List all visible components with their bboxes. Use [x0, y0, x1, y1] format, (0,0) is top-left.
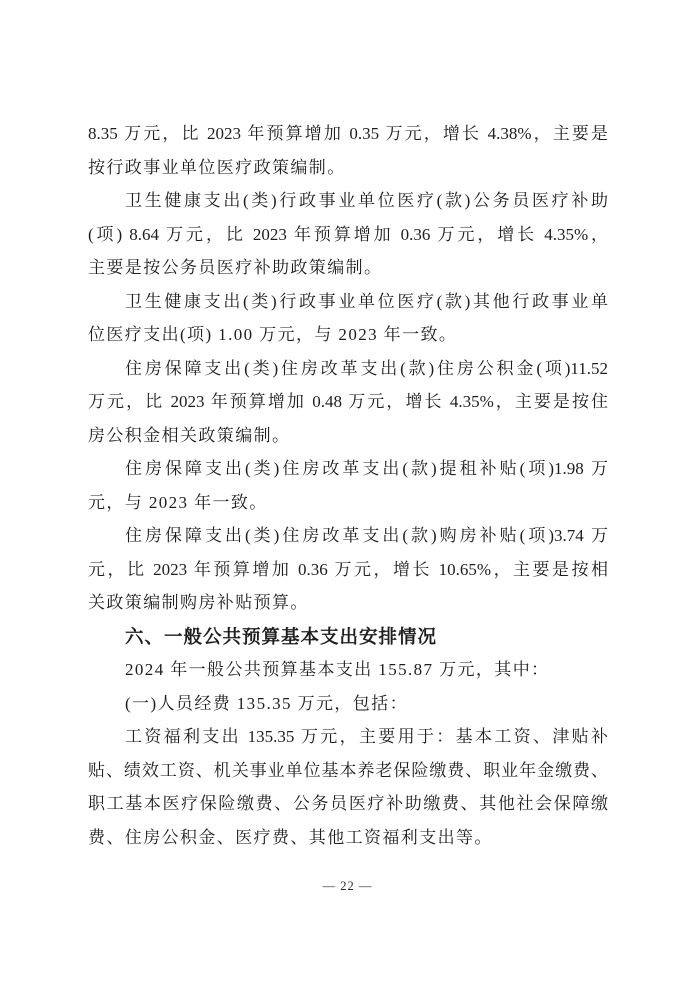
text-line: 费、住房公积金、医疗费、其他工资福利支出等。	[88, 821, 608, 855]
document-body: 8.35 万元，比 2023 年预算增加 0.35 万元，增长 4.38%，主要…	[88, 117, 608, 854]
text-line: 关政策编制购房补贴预算。	[88, 586, 608, 620]
text-line: 万元，比 2023 年预算增加 0.48 万元，增长 4.35%，主要是按住	[88, 385, 608, 419]
text-line: 元，比 2023 年预算增加 0.36 万元，增长 10.65%，主要是按相	[88, 553, 608, 587]
text-line: 按行政事业单位医疗政策编制。	[88, 151, 608, 185]
text-line: 位医疗支出(项) 1.00 万元，与 2023 年一致。	[88, 318, 608, 352]
text-line: (一)人员经费 135.35 万元，包括：	[88, 687, 608, 721]
text-line: (项) 8.64 万元，比 2023 年预算增加 0.36 万元，增长 4.35…	[88, 218, 608, 252]
text-line: 职工基本医疗保险缴费、公务员医疗补助缴费、其他社会保障缴	[88, 787, 608, 821]
text-line: 房公积金相关政策编制。	[88, 419, 608, 453]
text-line: 8.35 万元，比 2023 年预算增加 0.35 万元，增长 4.38%，主要…	[88, 117, 608, 151]
text-line: 贴、绩效工资、机关事业单位基本养老保险缴费、职业年金缴费、	[88, 754, 608, 788]
section-heading: 六、一般公共预算基本支出安排情况	[88, 620, 608, 654]
text-line: 主要是按公务员医疗补助政策编制。	[88, 251, 608, 285]
text-line: 2024 年一般公共预算基本支出 155.87 万元，其中：	[88, 653, 608, 687]
page-number: — 22 —	[0, 879, 695, 894]
text-line: 住房保障支出(类)住房改革支出(款)提租补贴(项)1.98 万	[88, 452, 608, 486]
text-line: 工资福利支出 135.35 万元，主要用于：基本工资、津贴补	[88, 720, 608, 754]
text-line: 卫生健康支出(类)行政事业单位医疗(款)其他行政事业单	[88, 285, 608, 319]
text-line: 住房保障支出(类)住房改革支出(款)购房补贴(项)3.74 万	[88, 519, 608, 553]
text-line: 元，与 2023 年一致。	[88, 486, 608, 520]
text-line: 住房保障支出(类)住房改革支出(款)住房公积金(项)11.52	[88, 352, 608, 386]
document-page: 8.35 万元，比 2023 年预算增加 0.35 万元，增长 4.38%，主要…	[0, 0, 695, 983]
text-line: 卫生健康支出(类)行政事业单位医疗(款)公务员医疗补助	[88, 184, 608, 218]
